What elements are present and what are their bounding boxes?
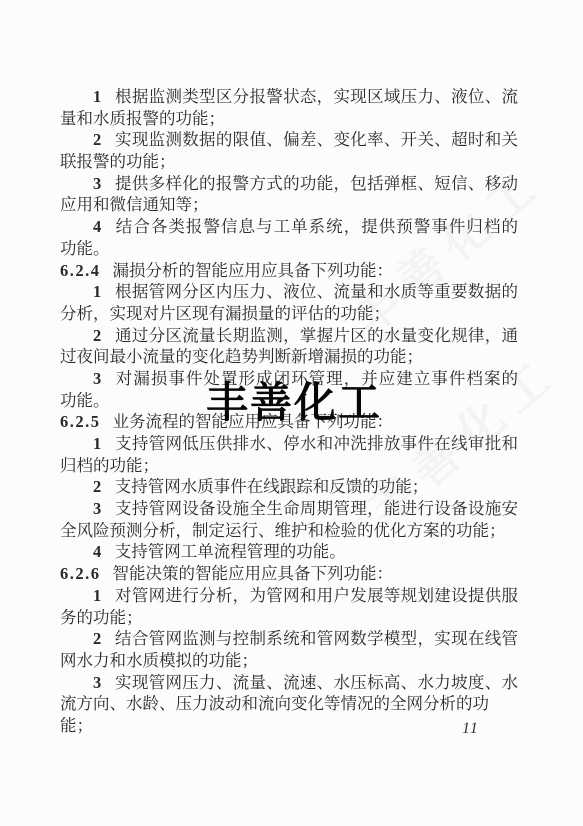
section-number: 6.2.5 bbox=[60, 412, 101, 431]
line-text: 实现管网压力、流量、流速、水压标高、水力坡度、水 bbox=[115, 673, 518, 692]
text-line: 2结合管网监测与控制系统和管网数学模型，实现在线管 bbox=[60, 628, 518, 650]
item-number: 2 bbox=[93, 629, 102, 648]
text-line: 应用和微信通知等； bbox=[60, 194, 518, 216]
line-text: 提供多样化的报警方式的功能，包括弹框、短信、移动 bbox=[115, 174, 518, 193]
item-number: 3 bbox=[93, 499, 102, 518]
text-line: 3实现管网压力、流量、流速、水压标高、水力坡度、水 bbox=[60, 672, 518, 694]
text-line: 2支持管网水质事件在线跟踪和反馈的功能； bbox=[60, 476, 518, 498]
line-text: 支持管网工单流程管理的功能。 bbox=[115, 542, 346, 561]
line-text: 漏损分析的智能应用应具备下列功能： bbox=[113, 261, 394, 280]
line-text: 根据管网分区内压力、液位、流量和水质等重要数据的 bbox=[115, 282, 518, 301]
item-number: 3 bbox=[93, 673, 102, 692]
item-number: 3 bbox=[93, 174, 102, 193]
item-number: 1 bbox=[93, 586, 102, 605]
item-number: 2 bbox=[93, 130, 102, 149]
item-number: 1 bbox=[93, 434, 102, 453]
text-line: 3提供多样化的报警方式的功能，包括弹框、短信、移动 bbox=[60, 173, 518, 195]
line-text: 支持管网低压供排水、停水和冲洗排放事件在线审批和 bbox=[115, 434, 518, 453]
item-number: 1 bbox=[93, 87, 102, 106]
text-line: 联报警的功能； bbox=[60, 151, 518, 173]
text-line: 网水力和水质模拟的功能； bbox=[60, 650, 518, 672]
text-line: 4支持管网工单流程管理的功能。 bbox=[60, 541, 518, 563]
brand-watermark-overlay: 丰善化工 bbox=[206, 381, 382, 425]
item-number: 4 bbox=[93, 217, 102, 236]
line-text: 根据监测类型区分报警状态，实现区域压力、液位、流 bbox=[115, 87, 518, 106]
line-text: 支持管网设备设施全生命周期管理，能进行设备设施安 bbox=[115, 499, 518, 518]
line-text: 对管网进行分析，为管网和用户发展等规划建设提供服 bbox=[115, 586, 518, 605]
text-line: 1对管网进行分析，为管网和用户发展等规划建设提供服 bbox=[60, 585, 518, 607]
page-number: 11 bbox=[462, 720, 479, 738]
item-number: 1 bbox=[93, 282, 102, 301]
text-line: 1支持管网低压供排水、停水和冲洗排放事件在线审批和 bbox=[60, 433, 518, 455]
section-number: 6.2.6 bbox=[60, 564, 101, 583]
line-text: 实现监测数据的限值、偏差、变化率、开关、超时和关 bbox=[115, 130, 518, 149]
text-line: 全风险预测分析，制定运行、维护和检验的优化方案的功能； bbox=[60, 520, 518, 542]
text-line: 1根据管网分区内压力、液位、流量和水质等重要数据的 bbox=[60, 281, 518, 303]
text-line: 归档的功能； bbox=[60, 455, 518, 477]
text-line: 2通过分区流量长期监测，掌握片区的水量变化规律，通 bbox=[60, 325, 518, 347]
line-text: 通过分区流量长期监测，掌握片区的水量变化规律，通 bbox=[115, 326, 518, 345]
line-text: 智能决策的智能应用应具备下列功能： bbox=[113, 564, 394, 583]
text-line: 4结合各类报警信息与工单系统，提供预警事件归档的 bbox=[60, 216, 518, 238]
item-number: 4 bbox=[93, 542, 102, 561]
text-line: 分析，实现对片区现有漏损量的评估的功能； bbox=[60, 303, 518, 325]
item-number: 3 bbox=[93, 369, 102, 388]
text-line: 功能。 bbox=[60, 238, 518, 260]
item-number: 2 bbox=[93, 477, 102, 496]
document-page: 丰善化工 丰善化工 1根据监测类型区分报警状态，实现区域压力、液位、流量和水质报… bbox=[0, 0, 583, 826]
line-text: 结合管网监测与控制系统和管网数学模型，实现在线管 bbox=[115, 629, 518, 648]
text-line: 2实现监测数据的限值、偏差、变化率、开关、超时和关 bbox=[60, 129, 518, 151]
line-text: 支持管网水质事件在线跟踪和反馈的功能； bbox=[115, 477, 429, 496]
text-line: 过夜间最小流量的变化趋势判断新增漏损的功能； bbox=[60, 346, 518, 368]
item-number: 2 bbox=[93, 326, 102, 345]
section-number: 6.2.4 bbox=[60, 261, 101, 280]
line-text: 结合各类报警信息与工单系统，提供预警事件归档的 bbox=[115, 217, 518, 236]
text-line: 量和水质报警的功能； bbox=[60, 108, 518, 130]
text-line: 1根据监测类型区分报警状态，实现区域压力、液位、流 bbox=[60, 86, 518, 108]
section-heading-line: 6.2.6智能决策的智能应用应具备下列功能： bbox=[60, 563, 518, 585]
text-line: 3支持管网设备设施全生命周期管理，能进行设备设施安 bbox=[60, 498, 518, 520]
section-heading-line: 6.2.4漏损分析的智能应用应具备下列功能： bbox=[60, 260, 518, 282]
text-line: 务的功能； bbox=[60, 607, 518, 629]
text-line: 流方向、水龄、压力波动和流向变化等情况的全网分析的功能； bbox=[60, 693, 518, 715]
